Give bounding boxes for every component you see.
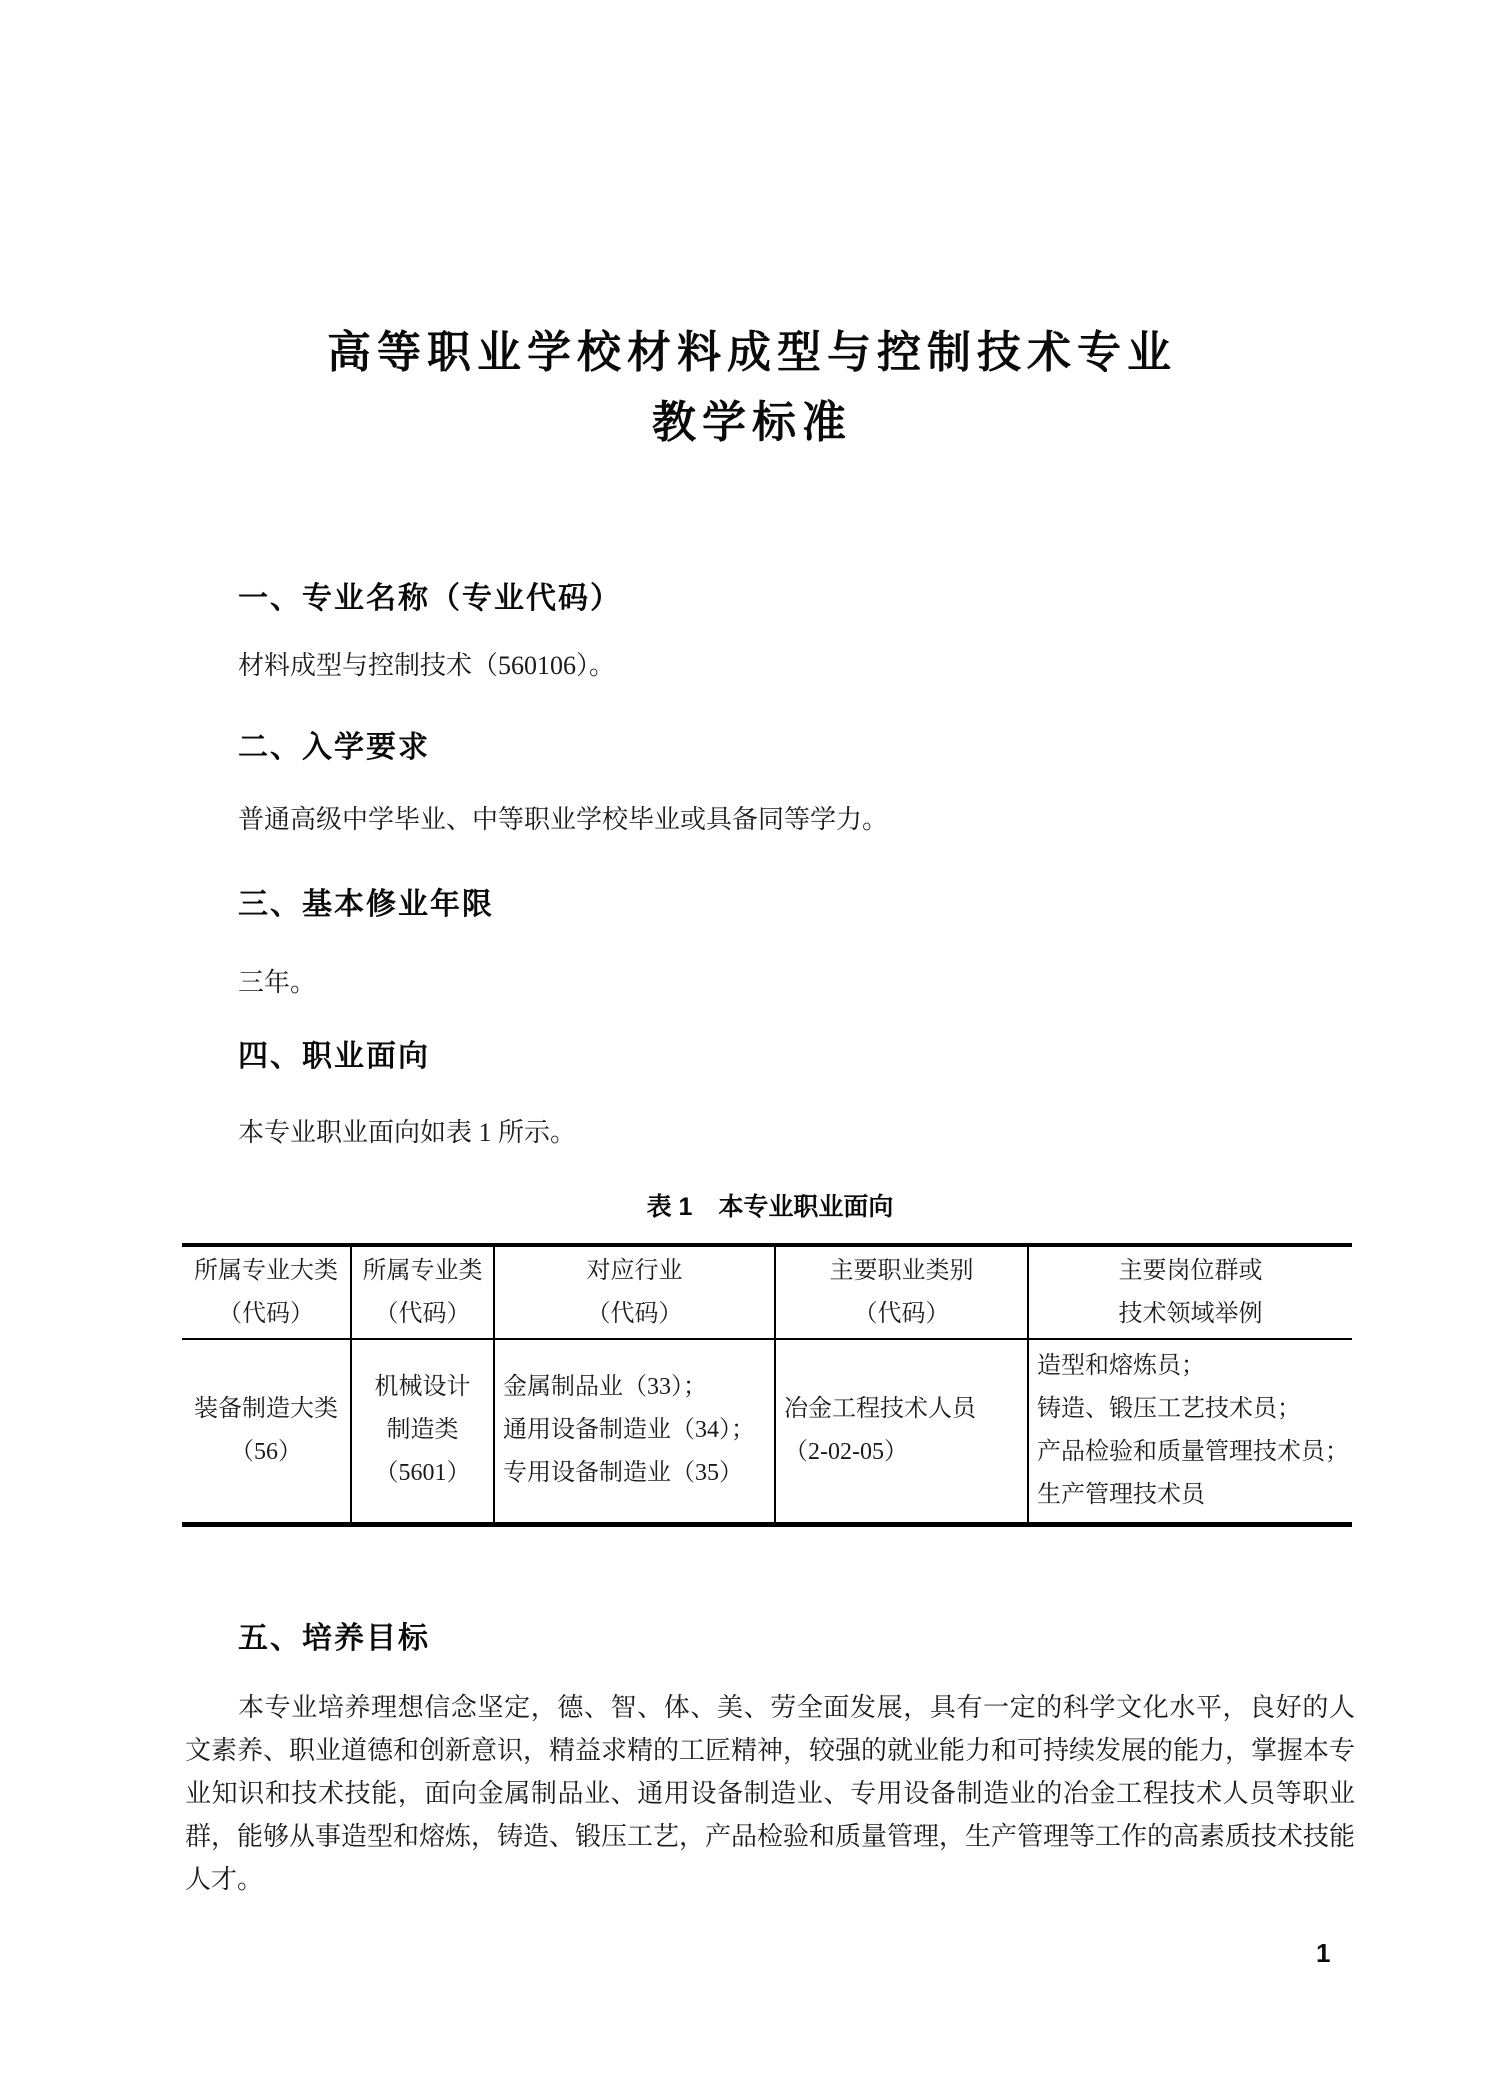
cell-line: 专用设备制造业（35） <box>503 1452 774 1495</box>
section-1-body: 材料成型与控制技术（560106）。 <box>185 646 1355 686</box>
header-cell-industry: 对应行业 （代码） <box>494 1245 775 1339</box>
page-number: 1 <box>1316 1938 1330 1969</box>
cell-sub-class: 机械设计 制造类 （5601） <box>351 1339 494 1524</box>
header-line: 所属专业大类 <box>182 1250 350 1293</box>
header-line: （代码） <box>352 1293 493 1336</box>
document-title: 高等职业学校材料成型与控制技术专业 教学标准 <box>0 318 1504 458</box>
cell-line: 装备制造大类 <box>182 1388 350 1431</box>
occupation-table-body: 装备制造大类 （56） 机械设计 制造类 （5601） 金属制品业（33）； 通… <box>182 1339 1352 1524</box>
cell-line: 产品检验和质量管理技术员； <box>1037 1431 1352 1474</box>
section-3-heading: 三、基本修业年限 <box>185 886 1355 924</box>
section-5-body: 本专业培养理想信念坚定，德、智、体、美、劳全面发展，具有一定的科学文化水平，良好… <box>185 1686 1355 1901</box>
header-line: （代码） <box>776 1293 1027 1336</box>
cell-line: （2-02-05） <box>784 1431 1027 1474</box>
header-cell-major-class: 所属专业大类 （代码） <box>182 1245 351 1339</box>
section-2-body: 普通高级中学毕业、中等职业学校毕业或具备同等学力。 <box>185 800 1355 840</box>
cell-line: 铸造、锻压工艺技术员； <box>1037 1388 1352 1431</box>
header-cell-occupation: 主要职业类别 （代码） <box>775 1245 1028 1339</box>
cell-positions: 造型和熔炼员； 铸造、锻压工艺技术员； 产品检验和质量管理技术员； 生产管理技术… <box>1028 1339 1352 1524</box>
cell-line: 造型和熔炼员； <box>1037 1345 1352 1388</box>
cell-major-class: 装备制造大类 （56） <box>182 1339 351 1524</box>
cell-line: 冶金工程技术人员 <box>784 1388 1027 1431</box>
table-caption: 表 1本专业职业面向 <box>185 1190 1355 1224</box>
header-cell-sub-class: 所属专业类 （代码） <box>351 1245 494 1339</box>
header-line: 技术领域举例 <box>1029 1293 1352 1336</box>
cell-line: （56） <box>182 1431 350 1474</box>
table-row: 装备制造大类 （56） 机械设计 制造类 （5601） 金属制品业（33）； 通… <box>182 1339 1352 1524</box>
section-5-heading: 五、培养目标 <box>185 1620 1355 1658</box>
cell-line: （5601） <box>352 1452 493 1495</box>
header-line: （代码） <box>495 1293 774 1336</box>
cell-line: 机械设计 <box>352 1366 493 1409</box>
cell-line: 生产管理技术员 <box>1037 1474 1352 1517</box>
section-4-body: 本专业职业面向如表 1 所示。 <box>185 1113 1355 1153</box>
section-4-heading: 四、职业面向 <box>185 1038 1355 1076</box>
document-page: 高等职业学校材料成型与控制技术专业 教学标准 一、专业名称（专业代码） 材料成型… <box>0 0 1504 2095</box>
header-line: 所属专业类 <box>352 1250 493 1293</box>
header-line: 主要职业类别 <box>776 1250 1027 1293</box>
cell-industries: 金属制品业（33）； 通用设备制造业（34）； 专用设备制造业（35） <box>494 1339 775 1524</box>
occupation-table: 所属专业大类 （代码） 所属专业类 （代码） 对应行业 （代码） 主要职业类别 … <box>182 1243 1352 1527</box>
header-cell-positions: 主要岗位群或 技术领域举例 <box>1028 1245 1352 1339</box>
section-1-heading: 一、专业名称（专业代码） <box>185 580 1355 618</box>
section-3-body: 三年。 <box>185 963 1355 1003</box>
header-line: 对应行业 <box>495 1250 774 1293</box>
header-line: （代码） <box>182 1293 350 1336</box>
table-caption-text: 本专业职业面向 <box>718 1193 893 1221</box>
title-line-1: 高等职业学校材料成型与控制技术专业 <box>0 318 1504 388</box>
occupation-table-header: 所属专业大类 （代码） 所属专业类 （代码） 对应行业 （代码） 主要职业类别 … <box>182 1245 1352 1339</box>
cell-line: 金属制品业（33）； <box>503 1366 774 1409</box>
header-line: 主要岗位群或 <box>1029 1250 1352 1293</box>
cell-line: 通用设备制造业（34）； <box>503 1409 774 1452</box>
cell-line: 制造类 <box>352 1409 493 1452</box>
table-caption-label: 表 1 <box>647 1193 693 1221</box>
section-2-heading: 二、入学要求 <box>185 729 1355 767</box>
header-row: 所属专业大类 （代码） 所属专业类 （代码） 对应行业 （代码） 主要职业类别 … <box>182 1245 1352 1339</box>
cell-occupations: 冶金工程技术人员 （2-02-05） <box>775 1339 1028 1524</box>
title-line-2: 教学标准 <box>0 388 1504 458</box>
